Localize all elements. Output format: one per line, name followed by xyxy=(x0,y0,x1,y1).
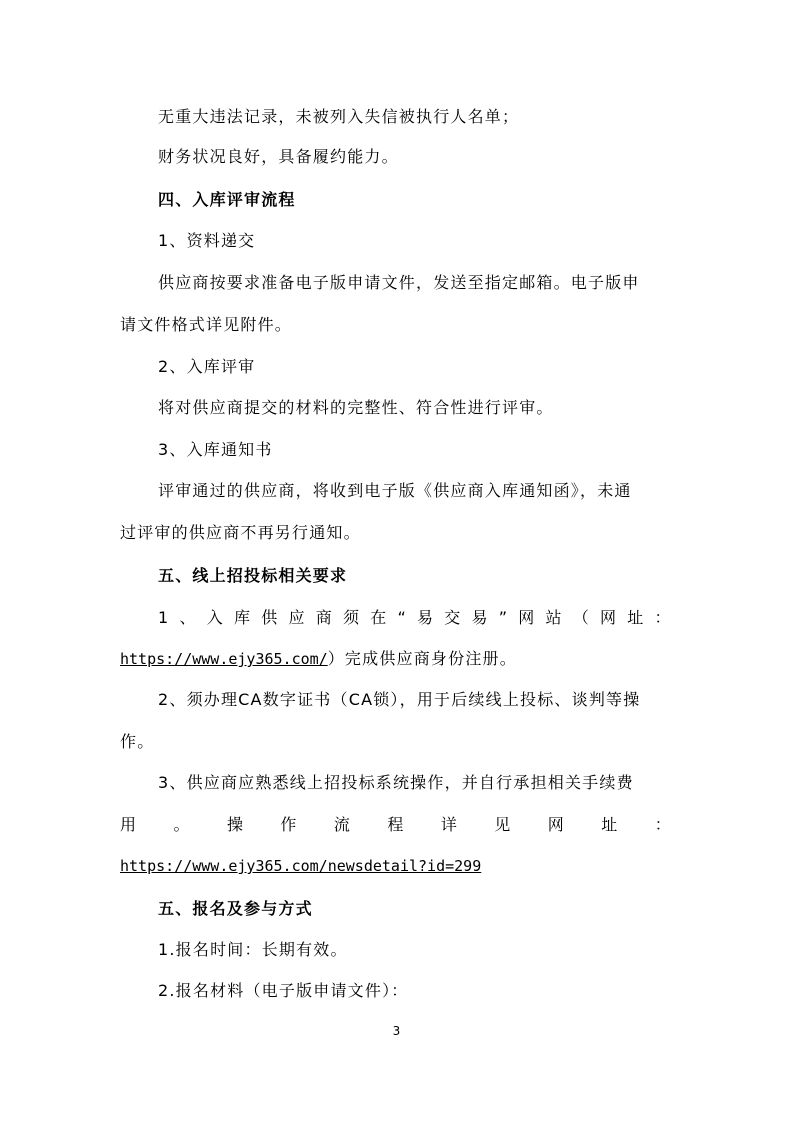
text-fragment: ： xyxy=(655,814,672,836)
step-text-review: 将对供应商提交的材料的完整性、符合性进行评审。 xyxy=(158,397,672,419)
text-fragment: 库 xyxy=(234,607,251,629)
step-title-review: 2、入库评审 xyxy=(158,356,672,378)
text-fragment: 。 xyxy=(173,814,190,836)
text-fragment: 流 xyxy=(334,814,351,836)
section-heading-online-bidding: 五、线上招投标相关要求 xyxy=(158,565,672,587)
text-fragment: 操 xyxy=(227,814,244,836)
ejy365-home-link[interactable]: https://www.ejy365.com/ xyxy=(120,650,328,668)
registration-tail: ）完成供应商身份注册。 xyxy=(328,649,517,668)
step-text-submission-2: 请文件格式详见附件。 xyxy=(120,314,672,336)
item-system-ops-line3: https://www.ejy365.com/newsdetail?id=299 xyxy=(120,855,672,877)
text-fragment: 须 xyxy=(343,607,360,629)
step-text-notice-1: 评审通过的供应商，将收到电子版《供应商入库通知函》，未通 xyxy=(158,480,672,502)
text-fragment: 址 xyxy=(627,607,644,629)
text-fragment: 易 xyxy=(471,607,488,629)
section-heading-review-process: 四、入库评审流程 xyxy=(158,189,672,211)
paragraph-financial: 财务状况良好，具备履约能力。 xyxy=(158,146,672,168)
text-fragment: 1 xyxy=(158,607,169,629)
item-ca-cert-line2: 作。 xyxy=(120,731,672,753)
step-title-submission: 1、资料递交 xyxy=(158,230,672,252)
item-registration-line1: 1 、 入 库 供 应 商 须 在 “ 易 交 易 ” 网 站 （ 网 址 ： xyxy=(158,607,672,629)
text-fragment: （ xyxy=(573,607,590,629)
text-fragment: 网 xyxy=(600,607,617,629)
text-fragment: 见 xyxy=(494,814,511,836)
section-heading-registration: 五、报名及参与方式 xyxy=(158,898,672,920)
text-fragment: 站 xyxy=(546,607,563,629)
item-system-ops-line1: 3、供应商应熟悉线上招投标系统操作，并自行承担相关手续费 xyxy=(158,772,672,794)
text-fragment: 商 xyxy=(316,607,333,629)
text-fragment: 网 xyxy=(548,814,565,836)
text-fragment: 易 xyxy=(417,607,434,629)
text-fragment: 应 xyxy=(288,607,305,629)
item-registration-line2: https://www.ejy365.com/）完成供应商身份注册。 xyxy=(120,648,672,670)
step-text-notice-2: 过评审的供应商不再另行通知。 xyxy=(120,522,672,544)
text-fragment: 交 xyxy=(444,607,461,629)
paragraph-no-violation: 无重大违法记录，未被列入失信被执行人名单； xyxy=(158,106,672,128)
text-fragment: 详 xyxy=(441,814,458,836)
text-fragment: 用 xyxy=(120,814,137,836)
registration-time: 1.报名时间：长期有效。 xyxy=(158,939,672,961)
text-fragment: “ xyxy=(397,607,407,629)
registration-materials: 2.报名材料（电子版申请文件）： xyxy=(158,980,672,1002)
step-text-submission-1: 供应商按要求准备电子版申请文件，发送至指定邮箱。电子版申 xyxy=(158,272,672,294)
text-fragment: 址 xyxy=(601,814,618,836)
text-fragment: 网 xyxy=(518,607,535,629)
text-fragment: 、 xyxy=(179,607,196,629)
text-fragment: 程 xyxy=(387,814,404,836)
text-fragment: 供 xyxy=(261,607,278,629)
item-ca-cert-line1: 2、须办理CA数字证书（CA锁），用于后续线上投标、谈判等操 xyxy=(158,689,672,711)
text-fragment: ” xyxy=(499,607,509,629)
text-fragment: ： xyxy=(655,607,672,629)
step-title-notice: 3、入库通知书 xyxy=(158,439,672,461)
page-number: 3 xyxy=(0,1024,793,1038)
text-fragment: 入 xyxy=(207,607,224,629)
ejy365-newsdetail-link[interactable]: https://www.ejy365.com/newsdetail?id=299 xyxy=(120,857,481,875)
text-fragment: 作 xyxy=(280,814,297,836)
item-system-ops-line2: 用 。 操 作 流 程 详 见 网 址 ： xyxy=(120,814,672,836)
text-fragment: 在 xyxy=(370,607,387,629)
